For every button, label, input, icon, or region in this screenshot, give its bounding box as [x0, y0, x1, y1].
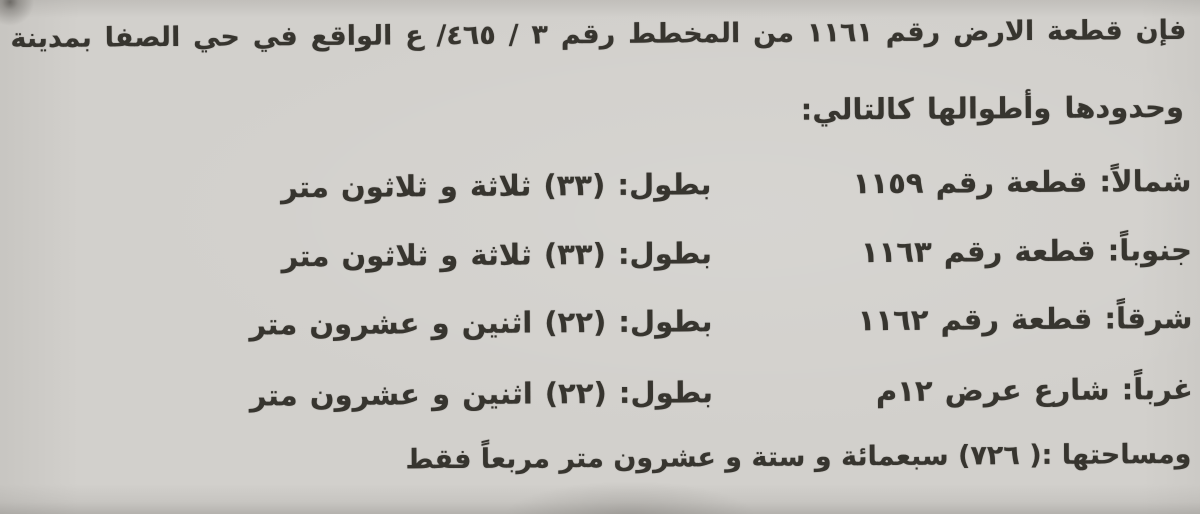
area-line: ومساحتها :( ٧٢٦) سبعمائة و ستة و عشرون م… — [405, 432, 1191, 485]
boundary-length-west: بطول: (٢٢) اثنين و عشرون متر — [250, 369, 713, 418]
boundary-length-south: بطول: (٣٣) ثلاثة و ثلاثون متر — [281, 230, 712, 279]
boundaries-heading: وحدودها وأطوالها كالتالي: — [801, 84, 1185, 133]
scanned-deed-document: فإن قطعة الارض رقم ١١٦١ من المخطط رقم ٣ … — [0, 0, 1200, 514]
boundary-row-east: شرقاً: قطعة رقم ١١٦٢ بطول: (٢٢) اثنين و … — [0, 295, 1200, 349]
boundary-side-west: غرباً: شارع عرض ١٢م — [876, 366, 1193, 414]
document-text-block: فإن قطعة الارض رقم ١١٦١ من المخطط رقم ٣ … — [0, 0, 1200, 514]
boundary-length-north: بطول: (٣٣) ثلاثة و ثلاثون متر — [281, 161, 712, 210]
boundary-side-east: شرقاً: قطعة رقم ١١٦٢ — [858, 295, 1193, 343]
intro-line: فإن قطعة الارض رقم ١١٦١ من المخطط رقم ٣ … — [10, 8, 1186, 64]
boundary-length-east: بطول: (٢٢) اثنين و عشرون متر — [249, 298, 712, 347]
boundary-row-south: جنوباً: قطعة رقم ١١٦٣ بطول: (٣٣) ثلاثة و… — [0, 227, 1200, 281]
boundary-side-north: شمالاً: قطعة رقم ١١٥٩ — [853, 158, 1192, 206]
boundary-row-west: غرباً: شارع عرض ١٢م بطول: (٢٢) اثنين و ع… — [1, 366, 1200, 420]
boundary-row-north: شمالاً: قطعة رقم ١١٥٩ بطول: (٣٣) ثلاثة و… — [0, 158, 1200, 212]
boundary-side-south: جنوباً: قطعة رقم ١١٦٣ — [861, 227, 1192, 275]
